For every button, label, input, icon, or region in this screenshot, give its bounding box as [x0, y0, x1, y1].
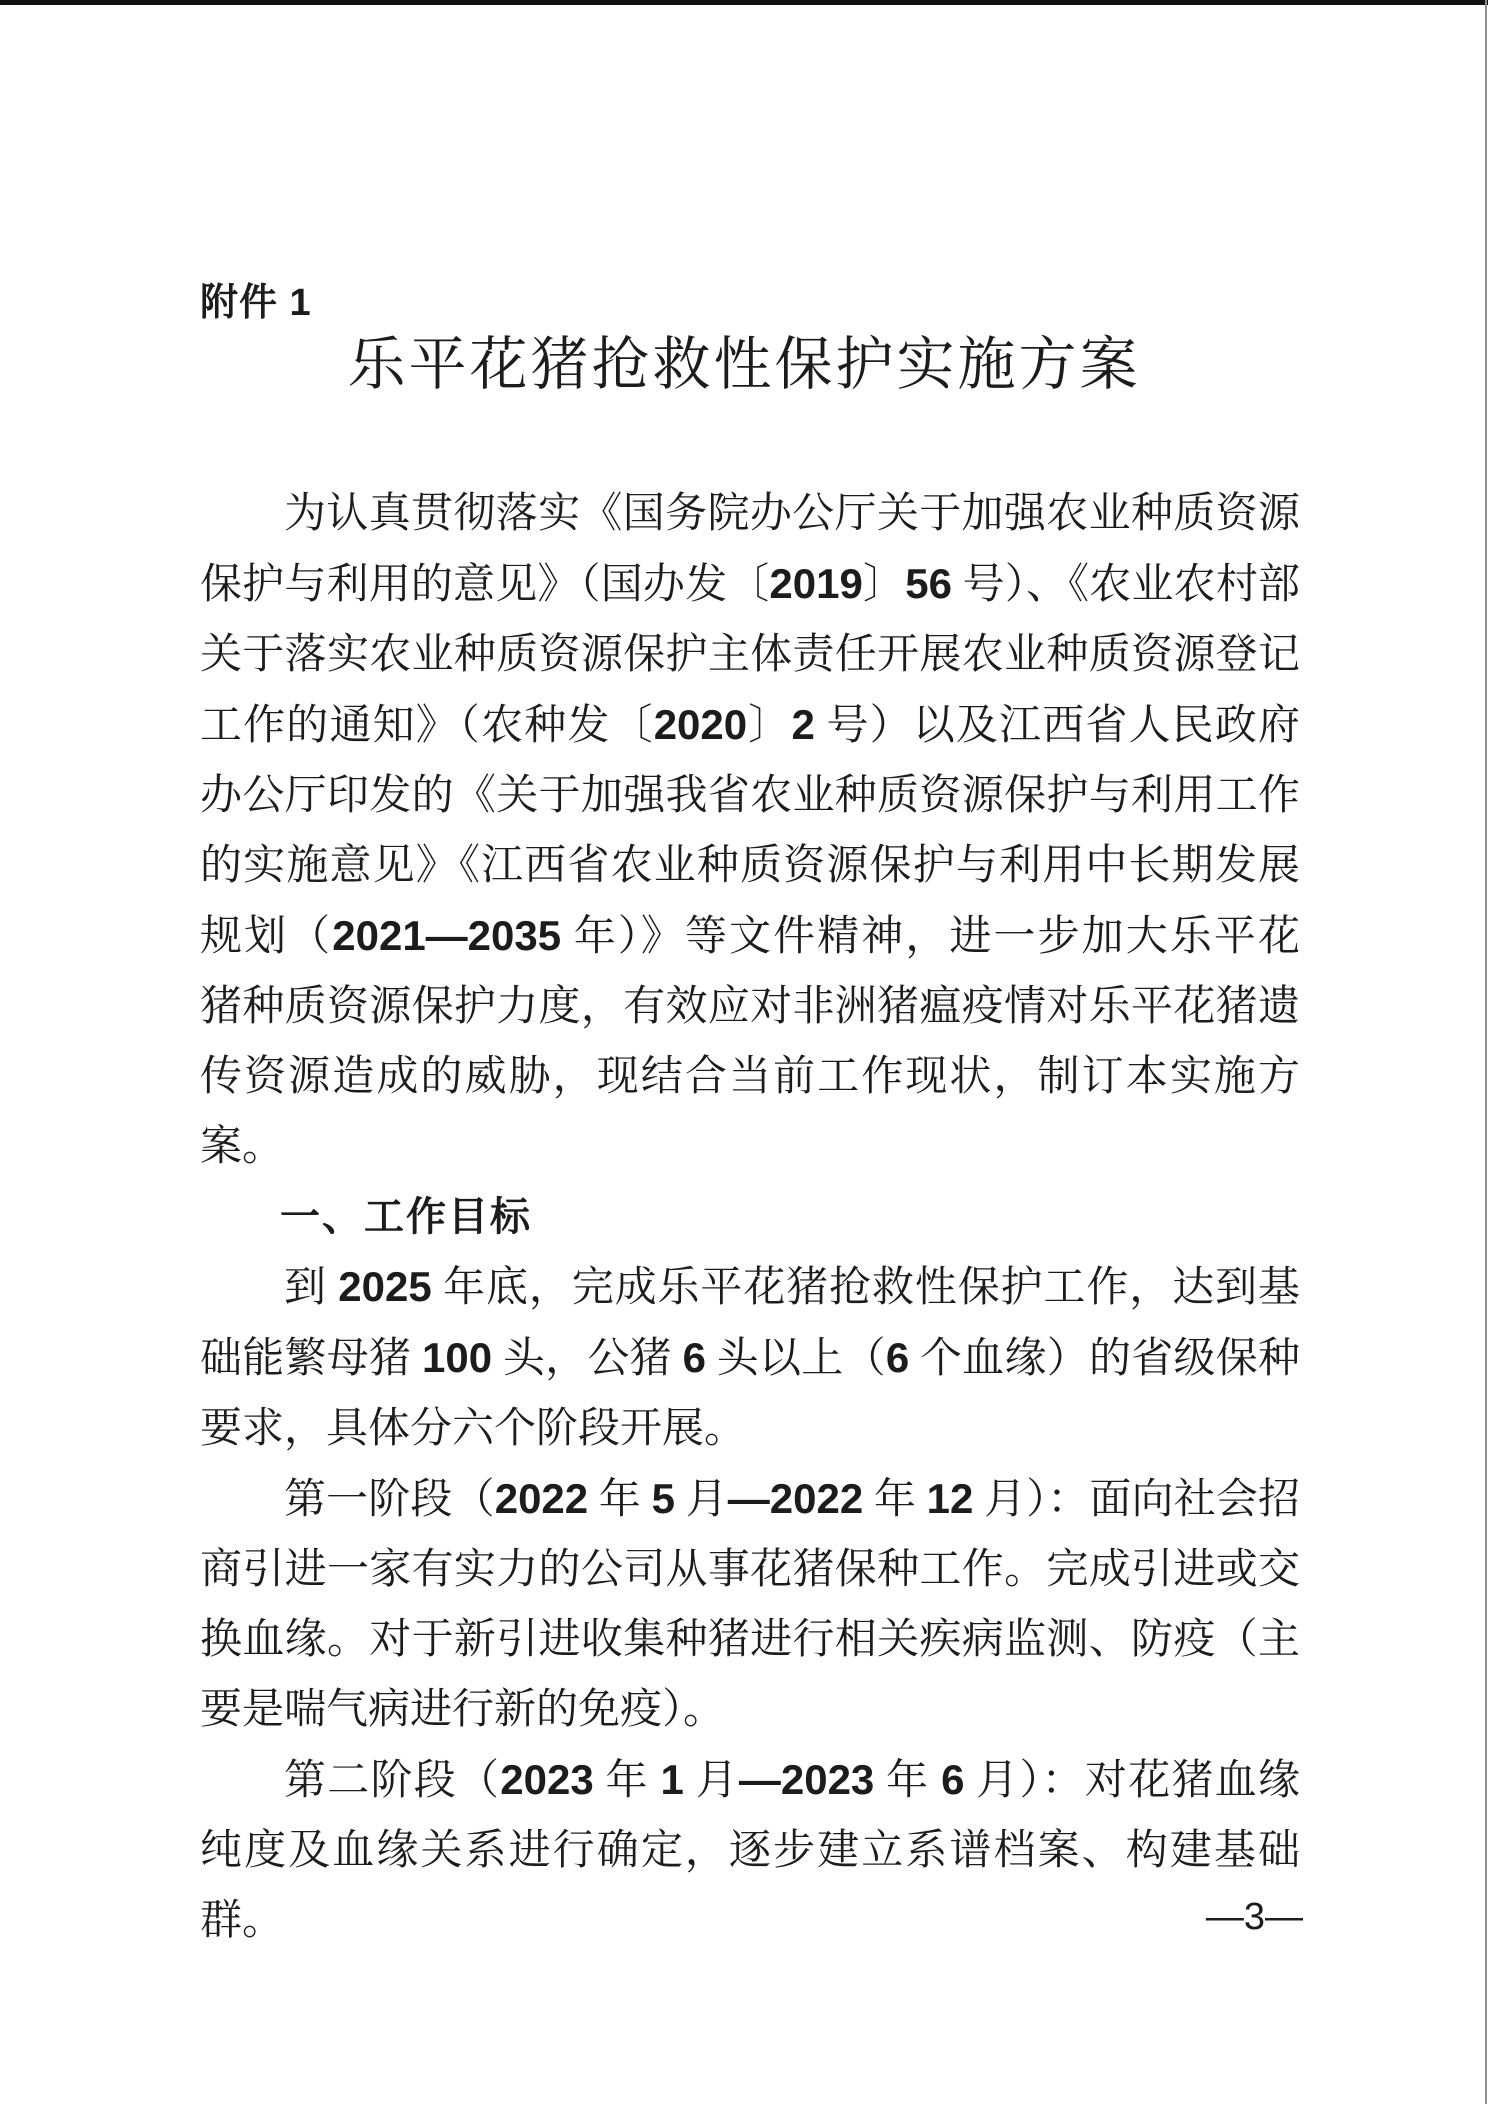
- section-heading: 一、工作目标: [200, 1182, 1300, 1252]
- body-text-run: 第一阶段（: [284, 1477, 495, 1523]
- page-number: —3—: [1206, 1898, 1303, 1936]
- numeric-text: 2025: [338, 1263, 431, 1310]
- document-body: 为认真贯彻落实《国务院办公厅关于加强农业种质资源保护与利用的意见》（国办发〔20…: [200, 479, 1300, 1956]
- numeric-text: 2022: [495, 1475, 588, 1522]
- numeric-text: 2021—2035: [332, 912, 561, 959]
- body-text-run: 月: [675, 1477, 728, 1523]
- body-text-run: 年: [874, 1758, 941, 1804]
- body-text-run: 〕: [747, 703, 791, 749]
- body-text-run: 年: [588, 1477, 651, 1523]
- body-text-run: 头，公猪: [492, 1336, 683, 1382]
- numeric-text: 6: [886, 1334, 909, 1381]
- numeric-text: 1: [660, 1756, 683, 1803]
- numeric-text: 12: [927, 1475, 974, 1522]
- numeric-text: 100: [422, 1334, 492, 1381]
- body-text-run: 〕: [863, 562, 905, 608]
- numeric-text: —2022: [728, 1475, 863, 1522]
- numeric-text: 2: [791, 701, 814, 748]
- body-text-run: 到: [284, 1265, 338, 1311]
- scan-edge-top: [0, 0, 1488, 5]
- body-text-run: 年: [594, 1758, 661, 1804]
- body-paragraph: 第一阶段（2022 年 5 月—2022 年 12 月）：面向社会招商引进一家有…: [200, 1464, 1300, 1745]
- body-text-run: 年: [863, 1477, 926, 1523]
- body-paragraph: 到 2025 年底，完成乐平花猪抢救性保护工作，达到基础能繁母猪 100 头，公…: [200, 1252, 1300, 1464]
- numeric-text: 6: [941, 1756, 964, 1803]
- document-page: 附件 1 乐平花猪抢救性保护实施方案 为认真贯彻落实《国务院办公厅关于加强农业种…: [0, 0, 1488, 2104]
- body-paragraph: 第二阶段（2023 年 1 月—2023 年 6 月）：对花猪血缘纯度及血缘关系…: [200, 1745, 1300, 1956]
- numeric-text: 5: [652, 1475, 675, 1522]
- numeric-text: —2023: [739, 1756, 874, 1803]
- body-paragraph: 为认真贯彻落实《国务院办公厅关于加强农业种质资源保护与利用的意见》（国办发〔20…: [200, 479, 1300, 1182]
- numeric-text: 2020: [654, 701, 747, 748]
- body-text-run: 月: [684, 1758, 739, 1804]
- body-text-run: 一、工作目标: [280, 1195, 532, 1239]
- body-text-run: 头以上（: [706, 1336, 886, 1382]
- numeric-text: 2023: [500, 1756, 593, 1803]
- scan-edge-right: [1485, 0, 1487, 2104]
- page-title: 乐平花猪抢救性保护实施方案: [0, 336, 1488, 394]
- numeric-text: 6: [683, 1334, 706, 1381]
- body-text-run: 第二阶段（: [284, 1758, 500, 1804]
- attachment-label: 附件 1: [200, 284, 312, 322]
- numeric-text: 2019: [769, 560, 862, 607]
- numeric-text: 56: [905, 560, 952, 607]
